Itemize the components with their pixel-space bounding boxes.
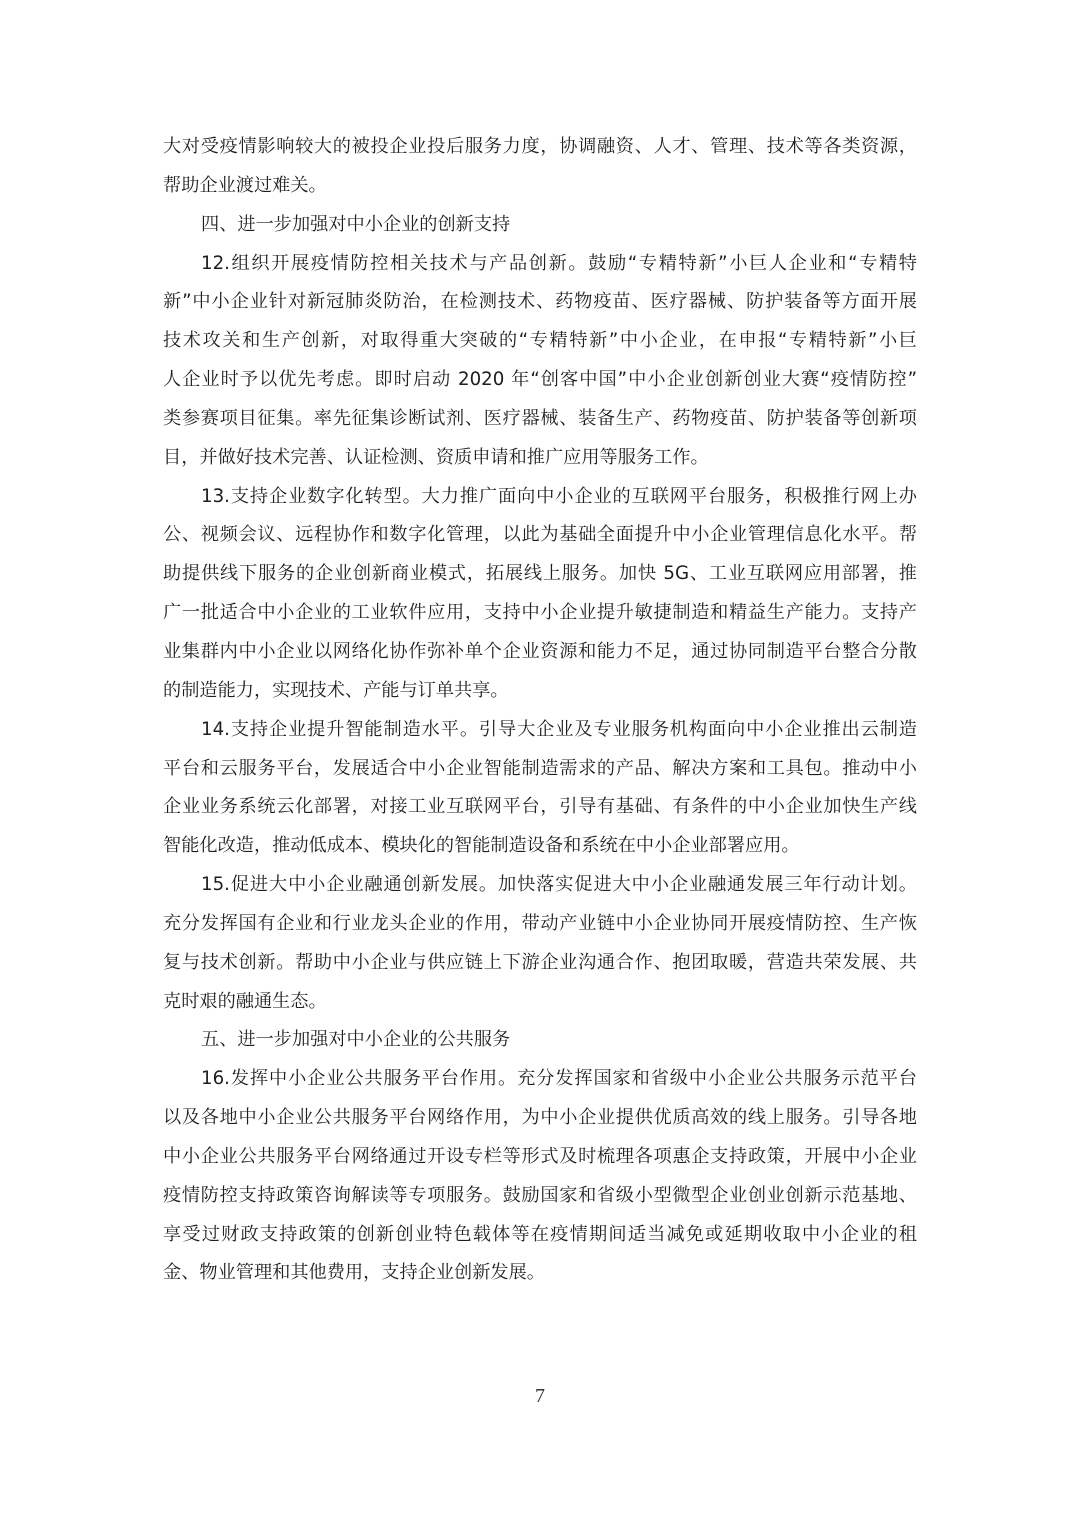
item-12-line: 技术攻关和生产创新，对取得重大突破的“专精特新”中小企业，在申报“专精特新”小巨 (163, 322, 917, 361)
item-12-line: 12.组织开展疫情防控相关技术与产品创新。鼓励“专精特新”小巨人企业和“专精特 (163, 245, 917, 284)
item-12-line: 目，并做好技术完善、认证检测、资质申请和推广应用等服务工作。 (163, 439, 917, 478)
section-heading-4: 四、进一步加强对中小企业的创新支持 (163, 206, 917, 245)
item-16-line: 疫情防控支持政策咨询解读等专项服务。鼓励国家和省级小型微型企业创业创新示范基地、 (163, 1177, 917, 1216)
item-15-line: 充分发挥国有企业和行业龙头企业的作用，带动产业链中小企业协同开展疫情防控、生产恢 (163, 905, 917, 944)
item-16-line: 中小企业公共服务平台网络通过开设专栏等形式及时梳理各项惠企支持政策，开展中小企业 (163, 1138, 917, 1177)
item-15-line: 克时艰的融通生态。 (163, 983, 917, 1022)
item-13-line: 公、视频会议、远程协作和数字化管理，以此为基础全面提升中小企业管理信息化水平。帮 (163, 516, 917, 555)
item-12-line: 人企业时予以优先考虑。即时启动 2020 年“创客中国”中小企业创新创业大赛“疫… (163, 361, 917, 400)
item-16-line: 以及各地中小企业公共服务平台网络作用，为中小企业提供优质高效的线上服务。引导各地 (163, 1099, 917, 1138)
item-16-line: 金、物业管理和其他费用，支持企业创新发展。 (163, 1254, 917, 1293)
item-16-line: 享受过财政支持政策的创新创业特色载体等在疫情期间适当减免或延期收取中小企业的租 (163, 1216, 917, 1255)
item-14-line: 平台和云服务平台，发展适合中小企业智能制造需求的产品、解决方案和工具包。推动中小 (163, 750, 917, 789)
text-line: 帮助企业渡过难关。 (163, 167, 917, 206)
item-16-line: 16.发挥中小企业公共服务平台作用。充分发挥国家和省级中小企业公共服务示范平台 (163, 1060, 917, 1099)
item-13-line: 的制造能力，实现技术、产能与订单共享。 (163, 672, 917, 711)
item-15-line: 复与技术创新。帮助中小企业与供应链上下游企业沟通合作、抱团取暖，营造共荣发展、共 (163, 944, 917, 983)
item-12-line: 类参赛项目征集。率先征集诊断试剂、医疗器械、装备生产、药物疫苗、防护装备等创新项 (163, 400, 917, 439)
item-14-line: 14.支持企业提升智能制造水平。引导大企业及专业服务机构面向中小企业推出云制造 (163, 711, 917, 750)
item-12-line: 新”中小企业针对新冠肺炎防治，在检测技术、药物疫苗、医疗器械、防护装备等方面开展 (163, 283, 917, 322)
item-13-line: 业集群内中小企业以网络化协作弥补单个企业资源和能力不足，通过协同制造平台整合分散 (163, 633, 917, 672)
section-heading-5: 五、进一步加强对中小企业的公共服务 (163, 1021, 917, 1060)
page-number: 7 (0, 1385, 1080, 1408)
item-13-line: 广一批适合中小企业的工业软件应用，支持中小企业提升敏捷制造和精益生产能力。支持产 (163, 594, 917, 633)
item-14-line: 企业业务系统云化部署，对接工业互联网平台，引导有基础、有条件的中小企业加快生产线 (163, 788, 917, 827)
document-page: 大对受疫情影响较大的被投企业投后服务力度，协调融资、人才、管理、技术等各类资源，… (0, 0, 1080, 1527)
text-line: 大对受疫情影响较大的被投企业投后服务力度，协调融资、人才、管理、技术等各类资源， (163, 128, 917, 167)
item-13-line: 助提供线下服务的企业创新商业模式，拓展线上服务。加快 5G、工业互联网应用部署，… (163, 555, 917, 594)
item-14-line: 智能化改造，推动低成本、模块化的智能制造设备和系统在中小企业部署应用。 (163, 827, 917, 866)
document-body: 大对受疫情影响较大的被投企业投后服务力度，协调融资、人才、管理、技术等各类资源，… (163, 128, 917, 1293)
item-13-line: 13.支持企业数字化转型。大力推广面向中小企业的互联网平台服务，积极推行网上办 (163, 478, 917, 517)
item-15-line: 15.促进大中小企业融通创新发展。加快落实促进大中小企业融通发展三年行动计划。 (163, 866, 917, 905)
